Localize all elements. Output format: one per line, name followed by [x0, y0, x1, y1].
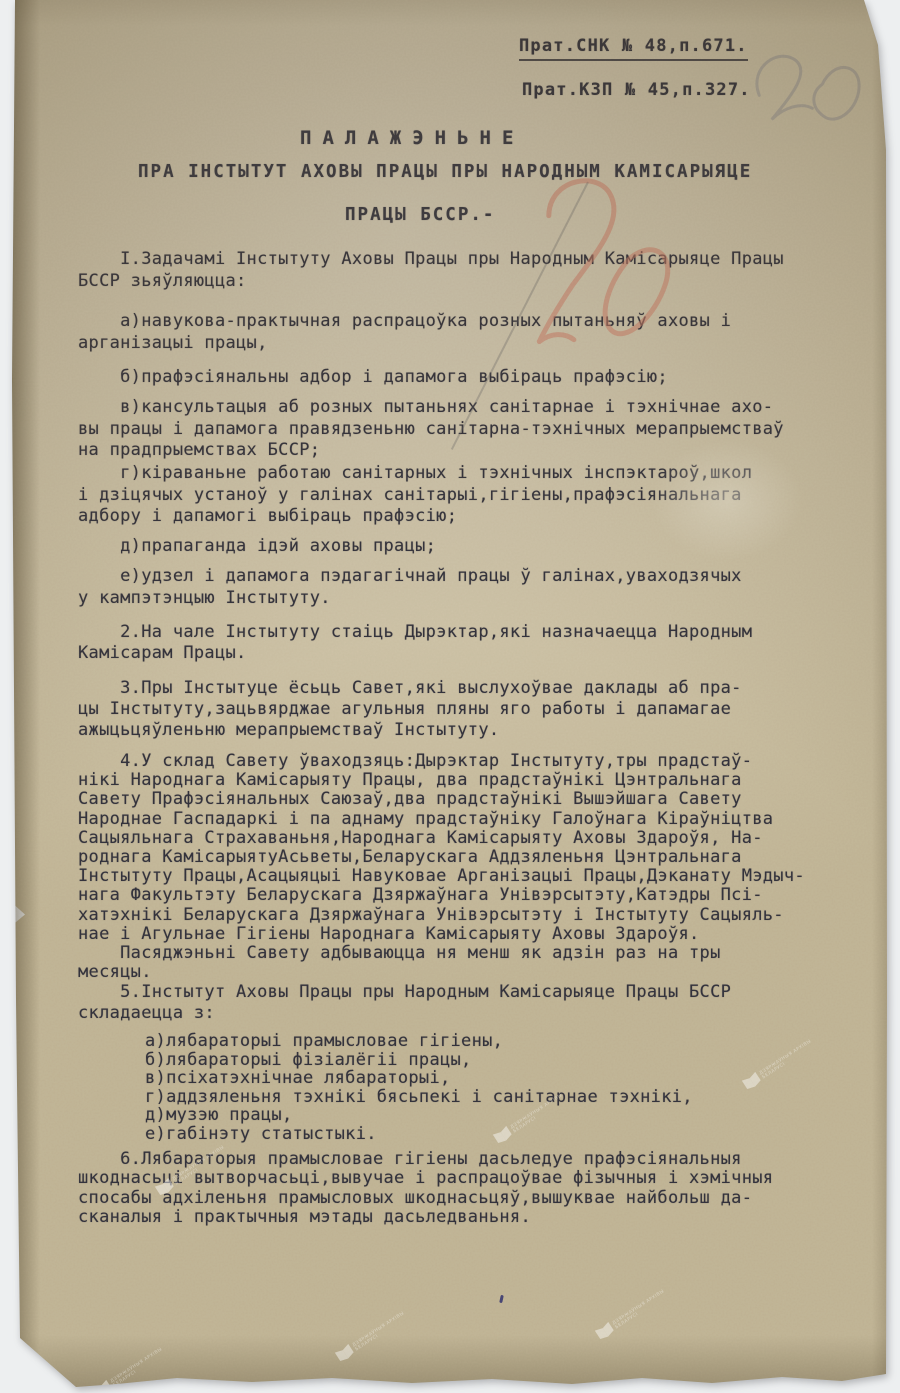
paragraph-1b: б)прафэсіянальны адбор і дапамога выбіра…	[78, 366, 668, 388]
paragraph-6-laboratory: 6.Лябараторыя прамысловае гігіены дасьле…	[78, 1150, 773, 1227]
archive-watermark: ДЗЯРЖАЎНЫЯ АРХІВЫ БЕЛАРУСІ	[595, 1287, 669, 1341]
paragraph-5-list: а)лябараторыі прамысловае гігіены, б)ляб…	[145, 1032, 693, 1144]
document-subtitle-line1: ПРА ІНСТЫТУТ АХОВЫ ПРАЦЫ ПРЫ НАРОДНЫМ КА…	[138, 162, 752, 182]
open-book-icon	[742, 1072, 762, 1092]
watermark-text: ДЗЯРЖАЎНЫЯ АРХІВЫ	[759, 1039, 813, 1076]
paragraph-1d: д)прапаганда ідэй аховы працы;	[78, 535, 436, 557]
archive-watermark: ДЗЯРЖАЎНЫЯ АРХІВЫ БЕЛАРУСІ	[335, 1309, 409, 1363]
open-book-icon	[93, 1380, 113, 1393]
watermark-text: ДЗЯРЖАЎНЫЯ АРХІВЫ	[612, 1289, 666, 1326]
watermark-text: БЕЛАРУСІ	[112, 1351, 166, 1388]
open-book-icon	[595, 1322, 615, 1342]
scanned-archival-document: { "doc": { "refs": { "line1": "Прат.СНК …	[0, 0, 900, 1393]
watermark-text: БЕЛАРУСІ	[614, 1293, 668, 1330]
paragraph-1-tasks: І.Задачамі Інстытуту Аховы Працы пры Нар…	[78, 248, 784, 292]
ink-speck	[499, 1295, 504, 1303]
watermark-text: ДЗЯРЖАЎНЫЯ АРХІВЫ	[110, 1347, 164, 1384]
pencil-number-20	[733, 15, 891, 153]
paragraph-5-structure: 5.Інстытут Аховы Працы пры Народным Камі…	[78, 982, 731, 1024]
edge-tear-notch	[10, 901, 25, 927]
paragraph-4-council-members: 4.У склад Савету ўваходзяць:Дырэктар Інс…	[78, 752, 805, 982]
paragraph-1v: в)кансультацыя аб розных пытаньнях саніт…	[78, 397, 784, 462]
watermark-text: БЕЛАРУСІ	[761, 1043, 815, 1080]
document-title: ПАЛАЖЭНЬНЕ	[300, 127, 524, 149]
paper-sheet: Прат.СНК № 48,п.671. Прат.КЗП № 45,п.327…	[12, 0, 888, 1393]
document-subtitle-line2: ПРАЦЫ БССР.-	[345, 205, 495, 225]
watermark-text: БЕЛАРУСІ	[354, 1315, 408, 1352]
paragraph-3-council: 3.Пры Інстытуце ёсьць Савет,які выслухоў…	[78, 678, 742, 741]
protocol-ref-snk: Прат.СНК № 48,п.671.	[519, 36, 748, 61]
document-scan: Прат.СНК № 48,п.671. Прат.КЗП № 45,п.327…	[0, 0, 900, 1393]
paragraph-1e: е)удзел і дапамога пэдагагічнай працы ў …	[78, 565, 742, 609]
archive-watermark: ДЗЯРЖАЎНЫЯ АРХІВЫ БЕЛАРУСІ	[742, 1037, 816, 1091]
open-book-icon	[335, 1344, 355, 1364]
paragraph-1a: а)навукова-практычная распрацоўка розных…	[78, 310, 731, 354]
paragraph-2-director: 2.На чале Інстытуту стаіць Дырэктар,які …	[78, 622, 752, 664]
protocol-ref-kzp: Прат.КЗП № 45,п.327.	[522, 80, 751, 100]
watermark-text: ДЗЯРЖАЎНЫЯ АРХІВЫ	[352, 1311, 406, 1348]
paragraph-1g: г)кіраваньне работаю санітарных і тэхніч…	[78, 463, 752, 528]
archive-watermark: ДЗЯРЖАЎНЫЯ АРХІВЫ БЕЛАРУСІ	[93, 1345, 167, 1393]
